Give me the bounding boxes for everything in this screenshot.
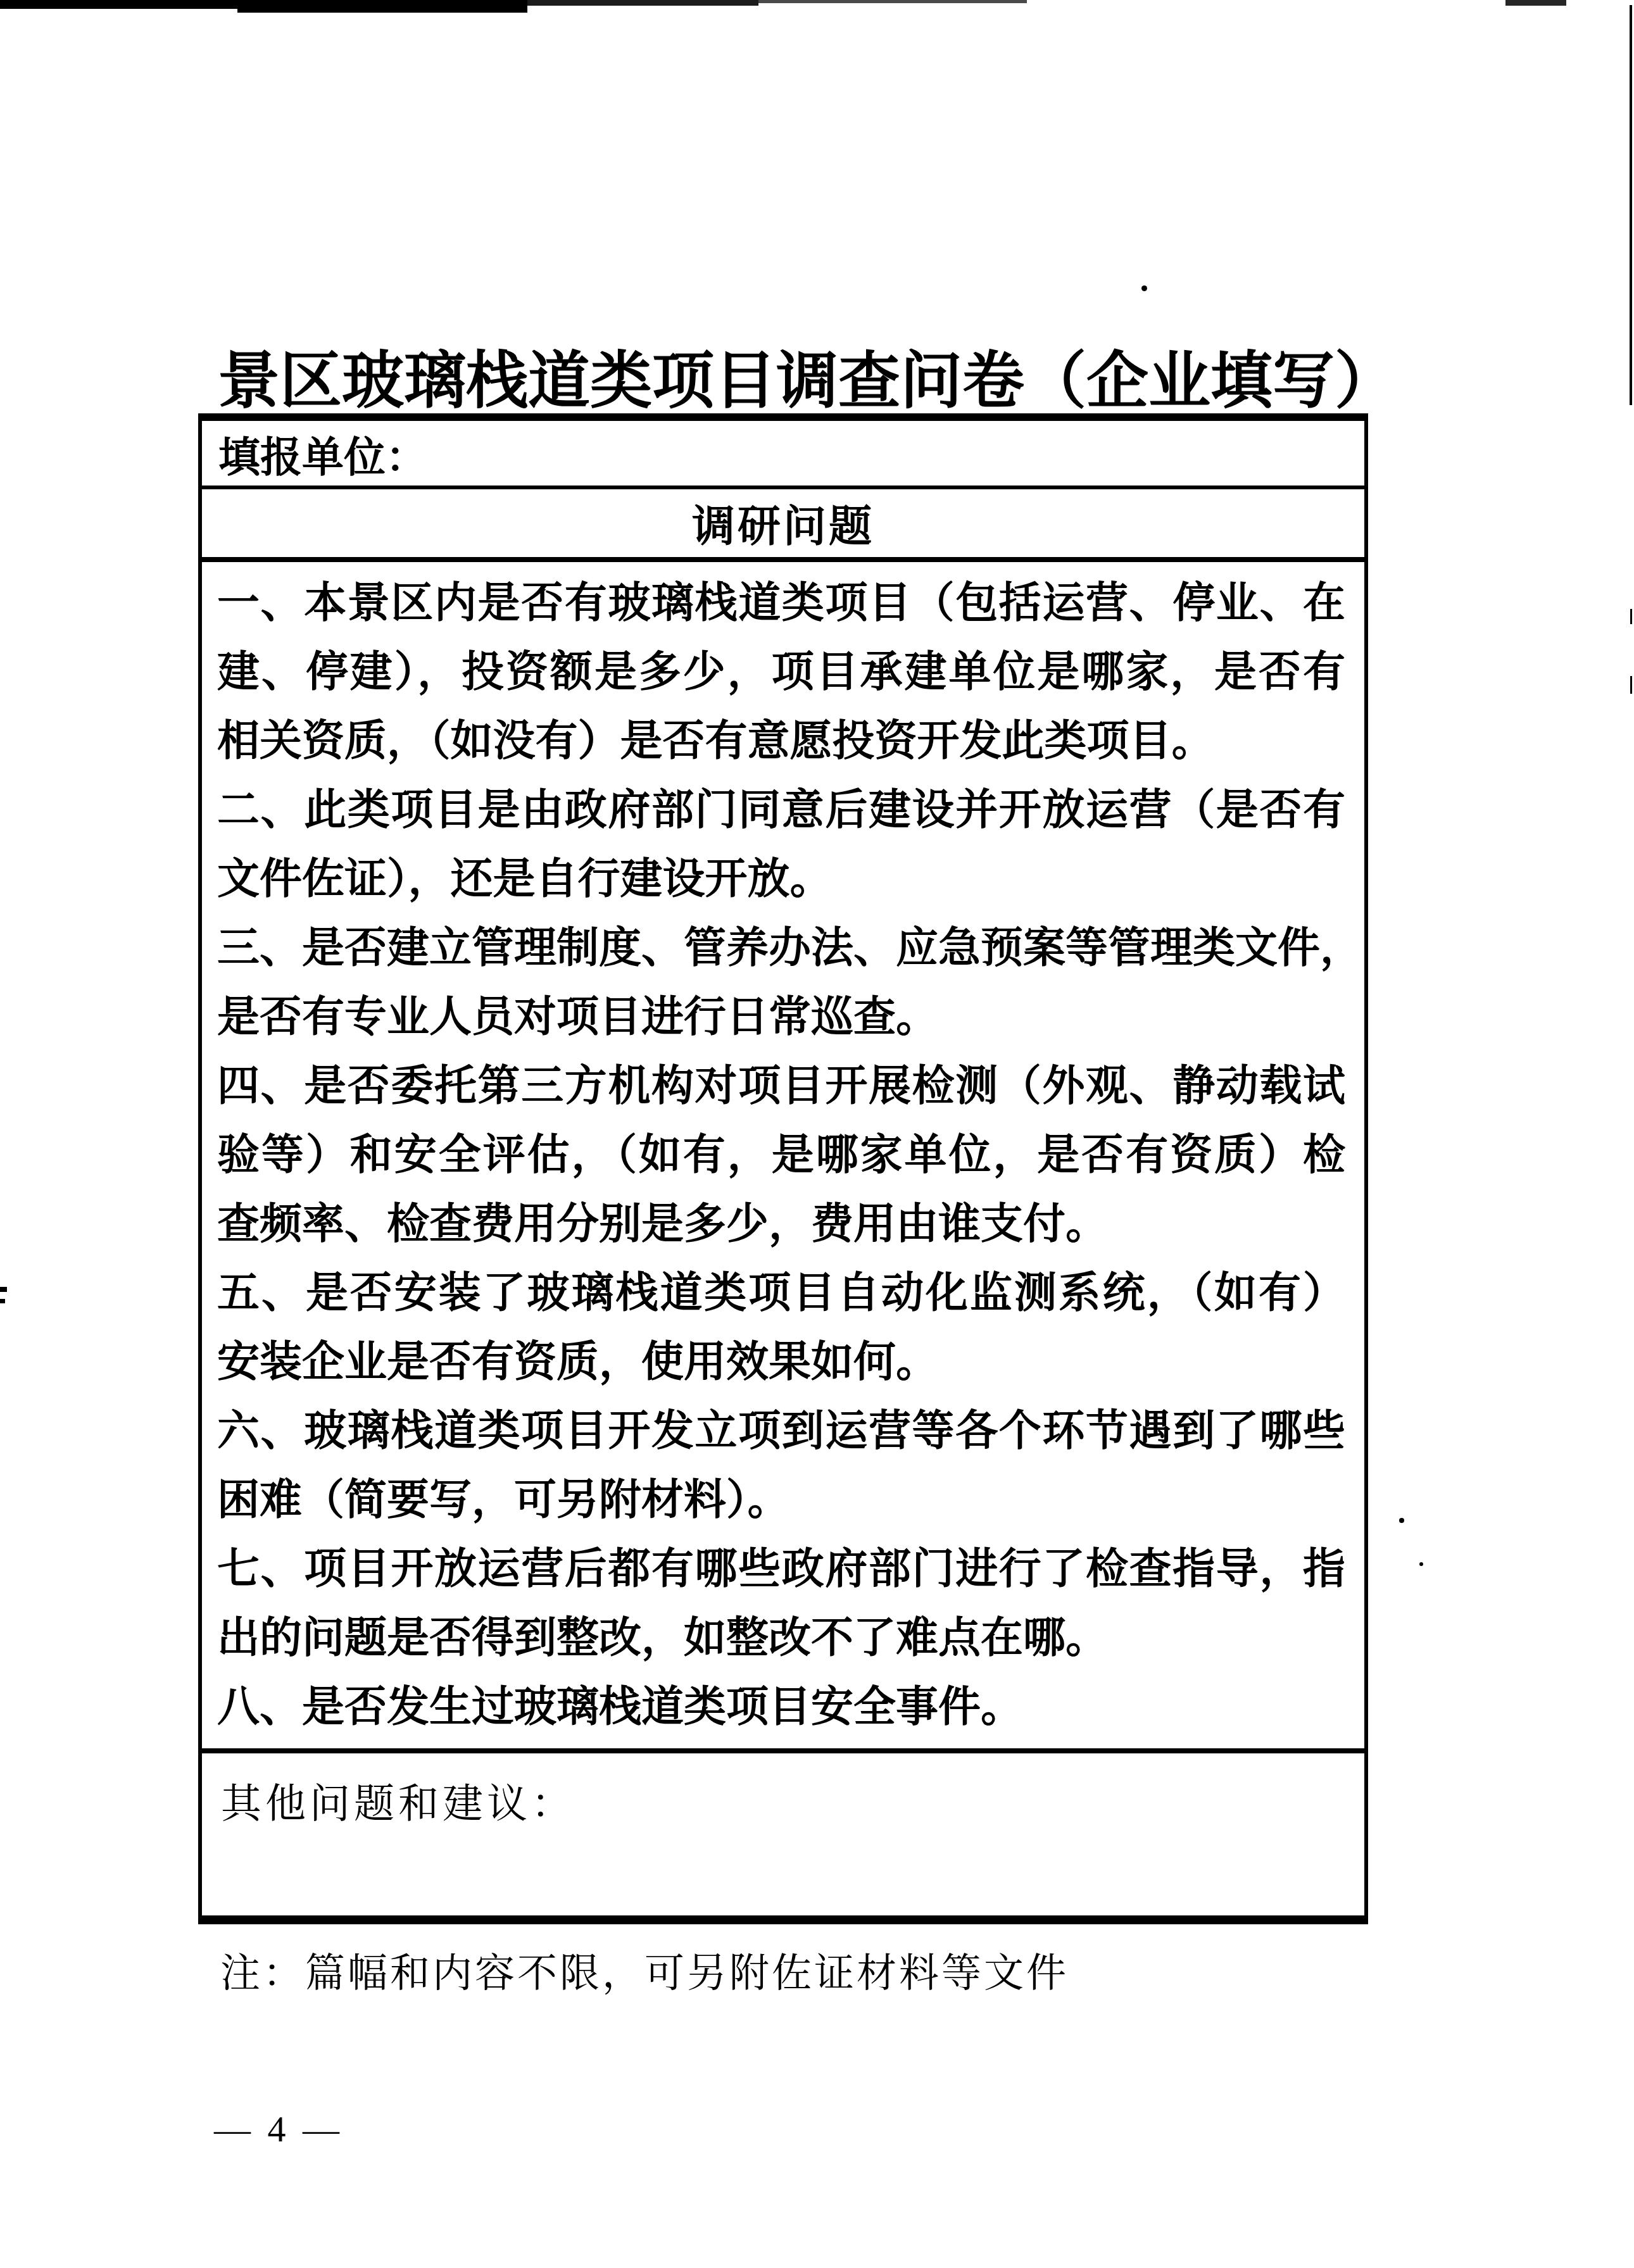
question-line: 七、项目开放运营后都有哪些政府部门进行了检查指导，指 (217, 1534, 1345, 1603)
question-6: 六、玻璃栈道类项目开发立项到运营等各个环节遇到了哪些 困难（简要写，可另附材料）… (217, 1396, 1345, 1534)
question-line: 查频率、检查费用分别是多少，费用由谁支付。 (217, 1189, 1345, 1258)
scan-artifact-top-mark (1505, 0, 1566, 6)
page-number: — 4 — (214, 2108, 343, 2150)
question-line: 是否有专业人员对项目进行日常巡查。 (217, 982, 1345, 1051)
question-2: 二、此类项目是由政府部门同意后建设并开放运营（是否有 文件佐证），还是自行建设开… (217, 775, 1345, 913)
report-unit-row: 填报单位： (202, 421, 1364, 489)
other-suggestions-label: 其他问题和建议： (221, 1781, 575, 1826)
report-unit-label: 填报单位： (218, 423, 427, 484)
footnote: 注：篇幅和内容不限，可另附佐证材料等文件 (220, 1941, 1069, 1998)
question-line: 出的问题是否得到整改，如整改不了难点在哪。 (217, 1603, 1345, 1672)
scan-artifact-top-bar (527, 0, 758, 6)
scan-artifact-right-edge (1630, 676, 1632, 694)
question-line: 三、是否建立管理制度、管养办法、应急预案等管理类文件， (217, 913, 1345, 982)
question-line: 困难（简要写，可另附材料）。 (217, 1465, 1345, 1534)
question-line: 五、是否安装了玻璃栈道类项目自动化监测系统，（如有） (217, 1258, 1345, 1327)
scan-artifact-right-edge (1630, 5, 1632, 405)
document-page: 景区玻璃栈道类项目调查问卷（企业填写） 填报单位： 调研问题 一、本景区内是否有… (0, 0, 1634, 2268)
survey-header-row: 调研问题 (202, 489, 1364, 562)
scan-artifact-left-edge (0, 1299, 5, 1303)
question-line: 验等）和安全评估，（如有，是哪家单位，是否有资质）检 (217, 1120, 1345, 1189)
scan-speck (1141, 285, 1147, 291)
scan-artifact-left-edge (0, 1287, 7, 1292)
question-5: 五、是否安装了玻璃栈道类项目自动化监测系统，（如有） 安装企业是否有资质，使用效… (217, 1258, 1345, 1396)
question-line: 建、停建），投资额是多少，项目承建单位是哪家，是否有 (217, 637, 1345, 706)
question-line: 相关资质，（如没有）是否有意愿投资开发此类项目。 (217, 706, 1345, 775)
question-line: 一、本景区内是否有玻璃栈道类项目（包括运营、停业、在 (217, 568, 1345, 637)
question-line: 六、玻璃栈道类项目开发立项到运营等各个环节遇到了哪些 (217, 1396, 1345, 1465)
question-line: 八、是否发生过玻璃栈道类项目安全事件。 (217, 1672, 1345, 1741)
questions-cell: 一、本景区内是否有玻璃栈道类项目（包括运营、停业、在 建、停建），投资额是多少，… (202, 562, 1364, 1753)
survey-header-label: 调研问题 (692, 492, 874, 554)
questionnaire-table: 填报单位： 调研问题 一、本景区内是否有玻璃栈道类项目（包括运营、停业、在 建、… (198, 413, 1368, 1924)
question-line: 安装企业是否有资质，使用效果如何。 (217, 1327, 1345, 1396)
scan-artifact-top-bar (237, 0, 527, 13)
question-3: 三、是否建立管理制度、管养办法、应急预案等管理类文件， 是否有专业人员对项目进行… (217, 913, 1345, 1051)
question-line: 二、此类项目是由政府部门同意后建设并开放运营（是否有 (217, 775, 1345, 844)
question-7: 七、项目开放运营后都有哪些政府部门进行了检查指导，指 出的问题是否得到整改，如整… (217, 1534, 1345, 1672)
scan-artifact-right-edge (1630, 609, 1632, 624)
question-line: 四、是否委托第三方机构对项目开展检测（外观、静动载试 (217, 1051, 1345, 1120)
question-4: 四、是否委托第三方机构对项目开展检测（外观、静动载试 验等）和安全评估，（如有，… (217, 1051, 1345, 1258)
question-line: 文件佐证），还是自行建设开放。 (217, 844, 1345, 913)
scan-speck (1399, 1518, 1404, 1523)
question-8: 八、是否发生过玻璃栈道类项目安全事件。 (217, 1672, 1345, 1741)
other-suggestions-row: 其他问题和建议： (202, 1753, 1364, 1915)
scan-speck (1419, 1562, 1423, 1566)
scan-artifact-top-bar (758, 0, 1027, 3)
page-title: 景区玻璃栈道类项目调查问卷（企业填写） (209, 331, 1405, 420)
scan-artifact-top-bar (0, 0, 237, 9)
question-1: 一、本景区内是否有玻璃栈道类项目（包括运营、停业、在 建、停建），投资额是多少，… (217, 568, 1345, 775)
